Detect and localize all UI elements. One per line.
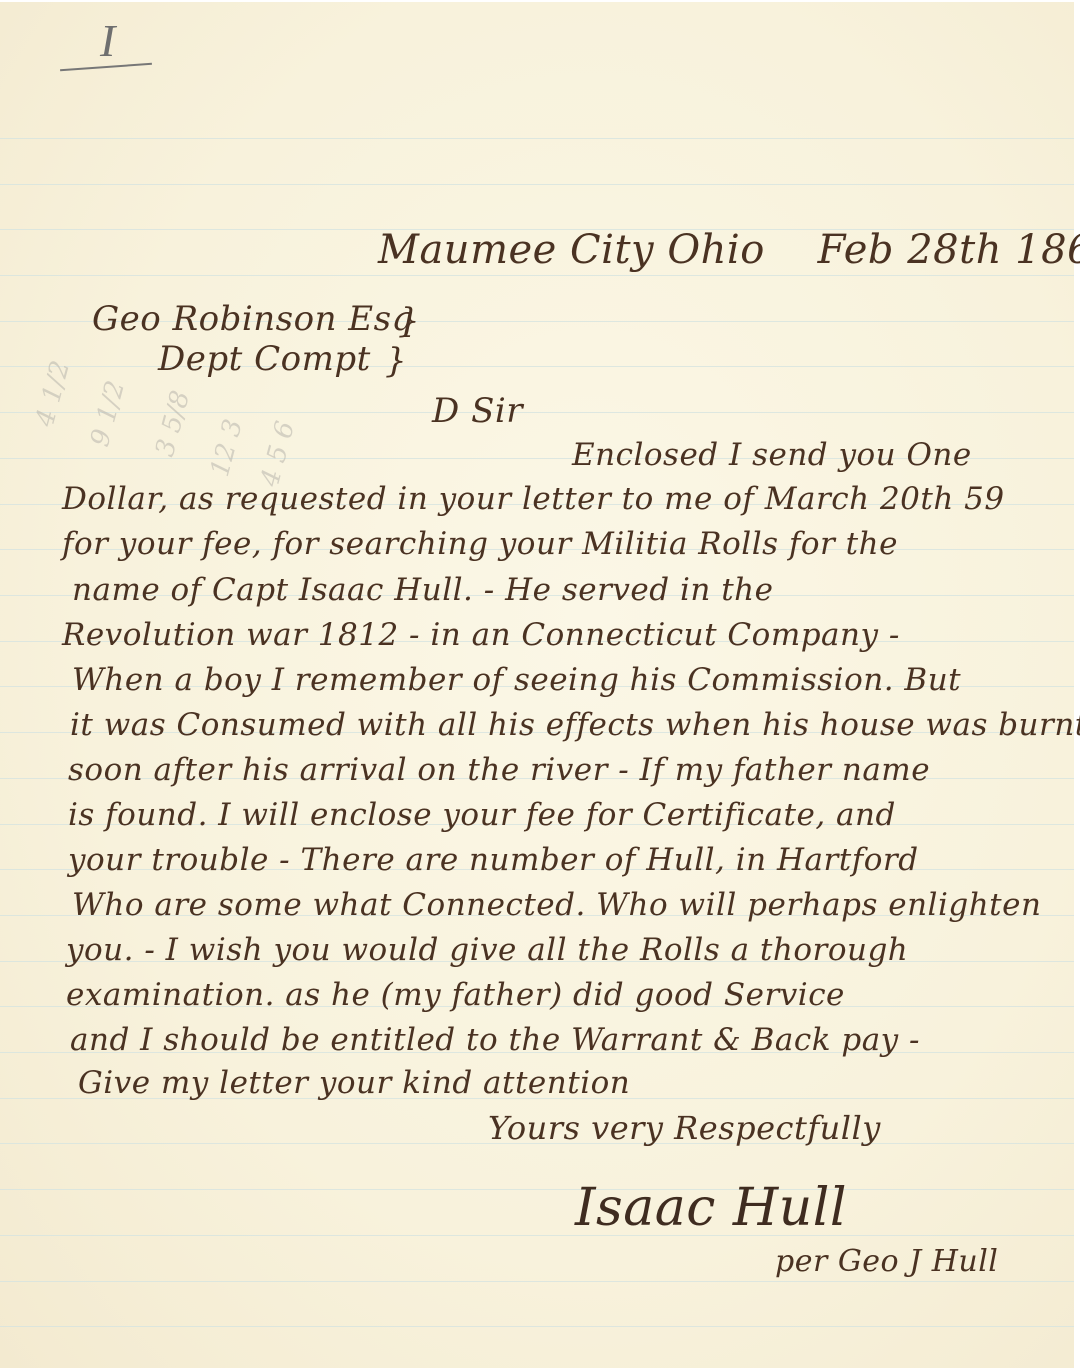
ruled-line xyxy=(0,138,1074,139)
body-line: Give my letter your kind attention xyxy=(78,1068,630,1099)
letter-page: 4 1/2 9 1/2 3 5/8 12 3 4 5 6 I Maumee Ci… xyxy=(0,2,1074,1368)
body-line: it was Consumed with all his effects whe… xyxy=(70,710,1080,741)
body-line: Who are some what Connected. Who will pe… xyxy=(72,890,1041,921)
bleed-through-mark: 3 5/8 xyxy=(150,388,196,460)
dateline: Maumee City Ohio Feb 28th 1860 xyxy=(378,230,1080,270)
page-number: I xyxy=(100,14,115,67)
bleed-through-mark: 12 3 xyxy=(205,416,249,480)
body-line: your trouble - There are number of Hull,… xyxy=(68,845,919,876)
bleed-through-mark: 9 1/2 xyxy=(85,378,131,450)
bleed-through-mark: 4 5 6 xyxy=(255,418,301,490)
body-line: Dollar, as requested in your letter to m… xyxy=(62,484,1005,515)
addressee-name: Geo Robinson Esq xyxy=(92,302,414,336)
ruled-line xyxy=(0,275,1074,276)
ruled-line xyxy=(0,1235,1074,1236)
body-line: When a boy I remember of seeing his Comm… xyxy=(72,665,961,696)
ruled-line xyxy=(0,1281,1074,1282)
body-line: is found. I will enclose your fee for Ce… xyxy=(68,800,896,831)
dateline-date: Feb 28th 1860 xyxy=(818,227,1080,273)
body-line: Revolution war 1812 - in an Connecticut … xyxy=(62,620,900,651)
salutation: D Sir xyxy=(432,394,523,428)
body-opening: Enclosed I send you One xyxy=(572,440,972,471)
closing: Yours very Respectfully xyxy=(488,1112,881,1144)
ruled-line xyxy=(0,184,1074,185)
signature: Isaac Hull xyxy=(575,1182,847,1234)
addressee-brace: } xyxy=(398,304,420,338)
dateline-place: Maumee City Ohio xyxy=(378,227,765,273)
body-line: name of Capt Isaac Hull. - He served in … xyxy=(72,575,773,606)
body-line: and I should be entitled to the Warrant … xyxy=(70,1025,920,1056)
body-line: for your fee, for searching your Militia… xyxy=(62,529,898,560)
addressee-title: Dept Compt xyxy=(158,342,371,376)
signature-by: per Geo J Hull xyxy=(775,1247,998,1277)
bleed-through-mark: 4 1/2 xyxy=(30,358,76,430)
addressee-brace: } xyxy=(385,344,407,378)
body-line: you. - I wish you would give all the Rol… xyxy=(66,935,908,966)
ruled-line xyxy=(0,1189,1074,1190)
body-line: soon after his arrival on the river - If… xyxy=(68,755,930,786)
ruled-line xyxy=(0,1326,1074,1327)
body-line: examination. as he (my father) did good … xyxy=(66,980,845,1011)
